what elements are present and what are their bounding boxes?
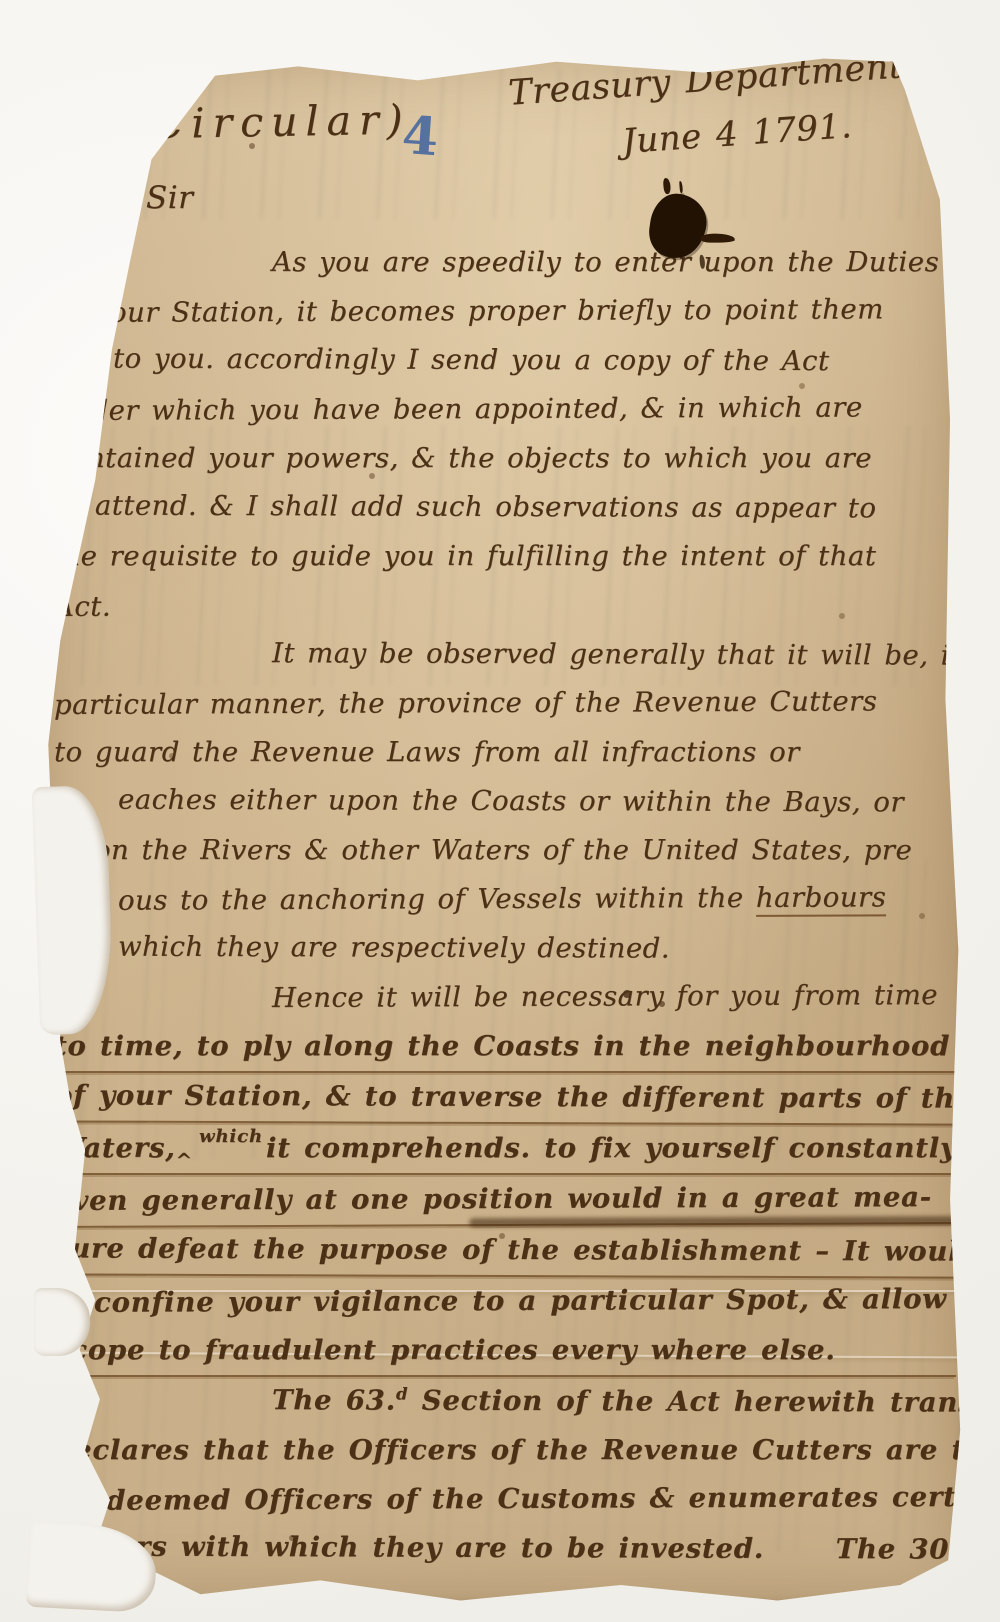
inserted-word: which	[199, 1126, 263, 1147]
heading-department: Treasury Department	[507, 46, 904, 114]
manuscript-line: Waters,^whichit comprehends. to fix your…	[54, 1124, 956, 1175]
manuscript-line: As you are speedily to enter upon the Du…	[54, 238, 956, 287]
manuscript-line: to time, to ply along the Coasts in the …	[54, 1022, 956, 1073]
text-segment: harbours	[756, 881, 887, 917]
text-segment: of your Station, & to traverse the diffe…	[54, 1079, 973, 1114]
pencil-page-number: 4	[400, 105, 440, 168]
text-segment: Hence it will be necessary for you from …	[272, 979, 938, 1014]
salutation: Sir	[146, 180, 193, 216]
manuscript-line: out to you. accordingly I send you a cop…	[54, 334, 956, 386]
text-segment: me requisite to guide you in fulfilling …	[54, 540, 876, 572]
manuscript-line: of your Station, it becomes proper brief…	[54, 285, 956, 338]
text-segment: to guard the Revenue Laws from all infra…	[54, 736, 800, 768]
superscript: th	[949, 1533, 970, 1552]
text-segment: under which you have been appointed, & i…	[54, 391, 863, 427]
caret-mark: ^	[176, 1148, 193, 1172]
text-segment: contained your powers, & the objects to …	[54, 442, 872, 474]
manuscript-line: scope to fraudulent practices every wher…	[54, 1326, 956, 1377]
text-segment: on the Rivers & other Waters of the Unit…	[94, 834, 912, 866]
text-segment: Waters,	[54, 1132, 176, 1164]
text-segment: to attend. & I shall add such observatio…	[54, 489, 877, 524]
manuscript-line: confine your vigilance to a particular S…	[54, 1275, 956, 1328]
manuscript-line: It may be observed generally that it wil…	[54, 628, 956, 680]
text-segment: which they are respectively destined.	[118, 931, 670, 965]
text-segment: Section of the Act herewith transmitted	[408, 1385, 1000, 1419]
manuscript-line: sure defeat the purpose of the establish…	[54, 1224, 956, 1278]
manuscript-line: to guard the Revenue Laws from all infra…	[54, 728, 956, 777]
manuscript-line: on the Rivers & other Waters of the Unit…	[54, 826, 956, 875]
manuscript-line: Act.	[54, 579, 956, 632]
manuscript-line: powers with which they are to be investe…	[54, 1522, 956, 1574]
manuscript-line: Hence it will be necessary for you from …	[54, 971, 956, 1024]
text-segment: ous to the anchoring of Vessels within t…	[118, 882, 756, 917]
circular-label: (Circular)	[128, 96, 411, 149]
manuscript-line: contained your powers, & the objects to …	[54, 434, 956, 483]
manuscript-line: to attend. & I shall add such observatio…	[54, 481, 956, 533]
text-segment: scope to fraudulent practices every wher…	[54, 1334, 836, 1366]
text-segment: Act.	[54, 591, 111, 623]
scanned-document-background: (Circular) Treasury Department June 4 17…	[0, 0, 1000, 1622]
superscript: d	[396, 1384, 408, 1403]
manuscript-line: which they are respectively destined.	[54, 922, 956, 974]
text-segment: to time, to ply along the Coasts in the …	[54, 1030, 950, 1062]
text-segment: eaches either upon the Coasts or within …	[118, 784, 904, 819]
manuscript-page: (Circular) Treasury Department June 4 17…	[40, 54, 962, 1602]
caret-mark: ^	[86, 1501, 103, 1525]
manuscript-line: particular manner, the province of the R…	[54, 677, 956, 730]
manuscript-line: ous to the anchoring of Vessels within t…	[54, 873, 956, 926]
text-segment: confine your vigilance to a particular S…	[94, 1283, 1000, 1319]
manuscript-line: declares that the Officers of the Revenu…	[54, 1426, 956, 1475]
text-segment: it comprehends. to fix yourself constant…	[266, 1132, 1000, 1164]
text-segment: .	[970, 1534, 980, 1566]
fold-crease	[34, 175, 87, 592]
text-segment: declares that the Officers of the Revenu…	[54, 1434, 984, 1466]
text-segment: even generally at one position would in …	[54, 1181, 932, 1217]
text-segment: It may be observed generally that it wil…	[272, 637, 997, 672]
text-segment: As you are speedily to enter upon the Du…	[272, 246, 939, 278]
inserted-word: be	[57, 1478, 83, 1499]
manuscript-line: even generally at one position would in …	[54, 1173, 956, 1228]
manuscript-line: eaches either upon the Coasts or within …	[54, 775, 956, 827]
text-segment: The 63.	[272, 1384, 396, 1416]
manuscript-line: The 63.d Section of the Act herewith tra…	[54, 1375, 956, 1427]
manuscript-line: be^deemed Officers of the Customs & enum…	[54, 1473, 956, 1526]
text-segment: of your Station, it becomes proper brief…	[54, 293, 884, 329]
manuscript-line: of your Station, & to traverse the diffe…	[54, 1071, 956, 1125]
text-segment: deemed Officers of the Customs & enumera…	[106, 1481, 1000, 1517]
manuscript-line: me requisite to guide you in fulfilling …	[54, 532, 956, 581]
text-segment: sure defeat the purpose of the establish…	[54, 1232, 980, 1267]
text-segment: The 30	[836, 1533, 950, 1565]
ink-speckles	[40, 54, 44, 58]
text-segment: particular manner, the province of the R…	[54, 685, 878, 721]
manuscript-body: As you are speedily to enter upon the Du…	[54, 238, 956, 1573]
heading-date: June 4 1791.	[621, 106, 853, 162]
text-segment: out to you. accordingly I send you a cop…	[54, 342, 830, 377]
text-segment: powers with which they are to be investe…	[54, 1530, 764, 1564]
manuscript-line: under which you have been appointed, & i…	[54, 383, 956, 436]
